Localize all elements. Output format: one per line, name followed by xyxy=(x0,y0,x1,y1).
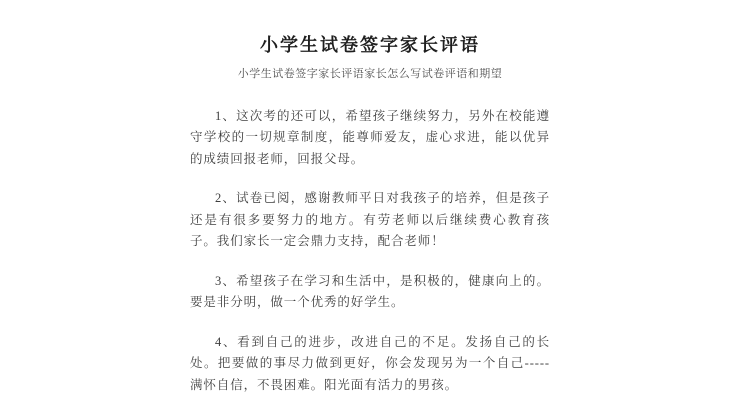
paragraph-3: 3、希望孩子在学习和生活中，是积极的，健康向上的。要是非分明，做一个优秀的好学生… xyxy=(190,271,550,314)
article-subtitle: 小学生试卷签字家长评语家长怎么写试卷评语和期望 xyxy=(190,68,550,81)
paragraph-2: 2、试卷已阅，感谢教师平日对我孩子的培养，但是孩子还是有很多要努力的地方。有劳老… xyxy=(190,188,550,253)
document-page: 小学生试卷签字家长评语 小学生试卷签字家长评语家长怎么写试卷评语和期望 1、这次… xyxy=(0,0,734,401)
article-title: 小学生试卷签字家长评语 xyxy=(190,36,550,56)
article-body: 1、这次考的还可以，希望孩子继续努力，另外在校能遵守学校的一切规章制度，能尊师爱… xyxy=(190,106,550,397)
paragraph-4: 4、看到自己的进步，改进自己的不足。发扬自己的长处。把要做的事尽力做到更好，你会… xyxy=(190,332,550,397)
paragraph-1: 1、这次考的还可以，希望孩子继续努力，另外在校能遵守学校的一切规章制度，能尊师爱… xyxy=(190,106,550,171)
